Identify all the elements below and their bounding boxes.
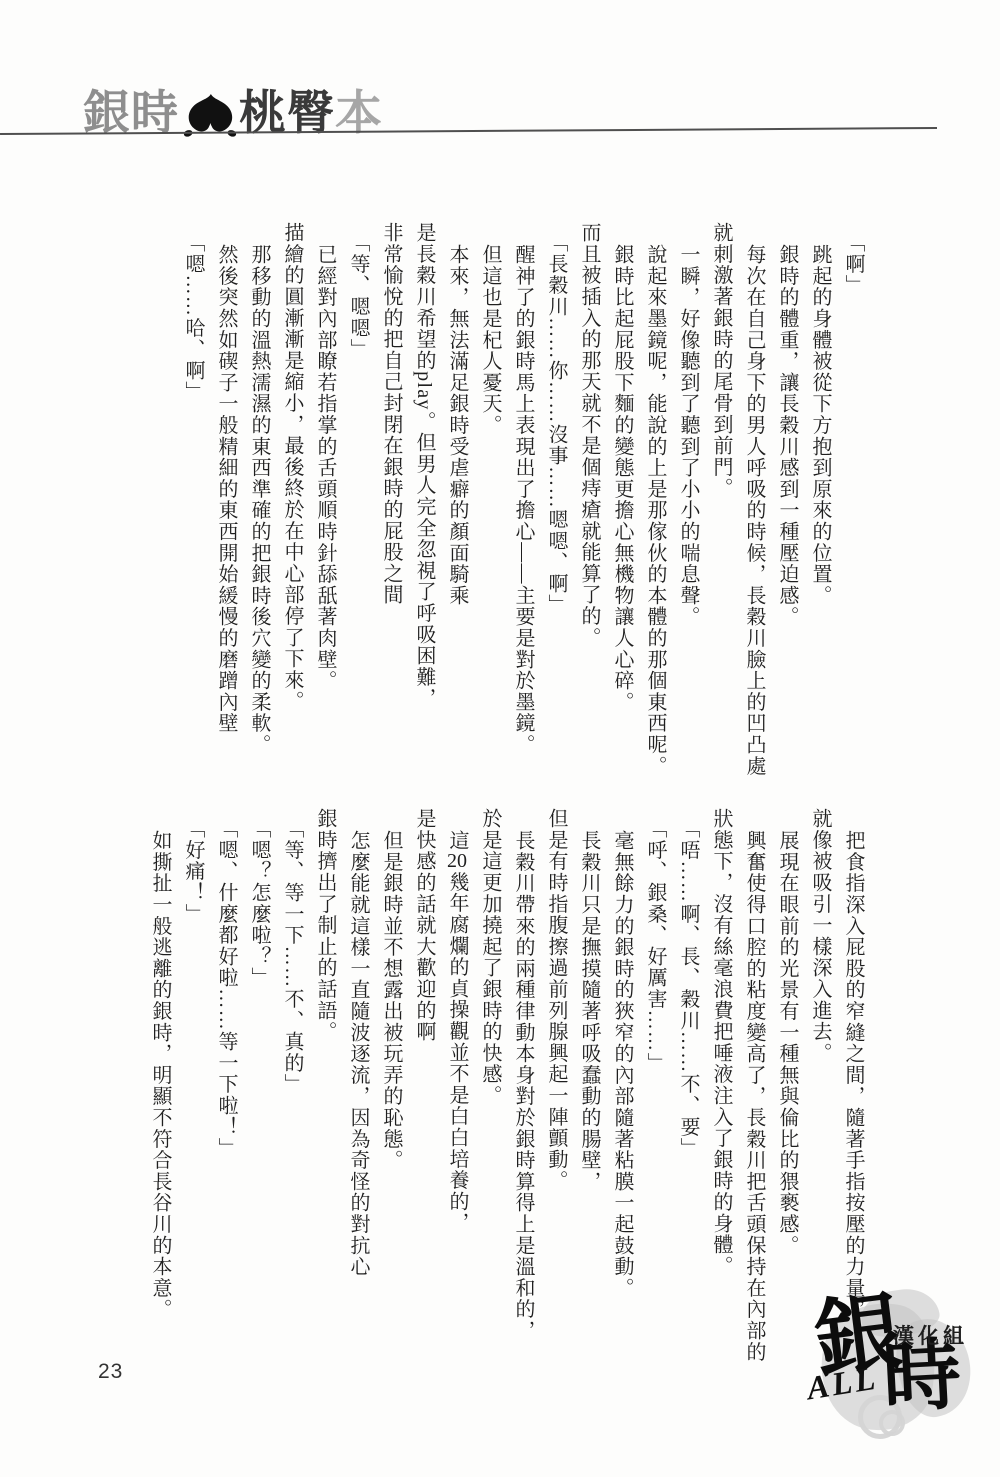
text-line: 「好痛！」	[176, 808, 209, 1353]
text-line: 「唔……啊、長、穀川……不、要」	[671, 808, 704, 1353]
text-line: 每次在自己身下的男人呼吸的時候，長穀川臉上的凹凸處	[737, 222, 770, 757]
text-line: 「等、嗯嗯」	[341, 222, 374, 757]
text-line: 興奮使得口腔的粘度變高了，長穀川把舌頭保持在內部的	[737, 808, 770, 1353]
text-line: 狀態下，沒有絲毫浪費把唾液注入了銀時的身體。	[704, 808, 737, 1353]
header-title-gintoki: 銀時	[83, 89, 179, 136]
text-line: 把食指深入屁股的窄縫之間，隨著手指按壓的力量，	[836, 808, 869, 1353]
text-line: 於是這更加撓起了銀時的快感。	[473, 808, 506, 1353]
text-line: 「呼、銀桑、好厲害……」	[638, 808, 671, 1353]
text-line: 這20幾年腐爛的貞操觀並不是白白培養的，	[440, 808, 473, 1353]
text-line: 是快感的話就大歡迎的啊	[407, 808, 440, 1353]
text-line: 就像被吸引一樣深入進去。	[803, 808, 836, 1353]
text-line: 「嗯……哈、啊」	[176, 222, 209, 757]
text-line: 銀時擠出了制止的話語。	[308, 808, 341, 1353]
text-line: 「長穀川……你……沒事……嗯嗯、啊」	[539, 222, 572, 757]
text-line: 醒神了的銀時馬上表現出了擔心——主要是對於墨鏡。	[506, 222, 539, 757]
text-line: 長穀川帶來的兩種律動本身對於銀時算得上是溫和的，	[506, 808, 539, 1353]
text-line: 是長穀川希望的play。但男人完全忽視了呼吸困難，	[407, 222, 440, 757]
page-header: 銀時 桃臀 本	[83, 84, 383, 136]
text-line: 「啊」	[836, 222, 869, 757]
text-line: 怎麼能就這樣一直隨波逐流，因為奇怪的對抗心	[341, 808, 374, 1353]
text-segment: 這	[446, 830, 468, 851]
text-line: 跳起的身體被從下方抱到原來的位置。	[803, 222, 836, 757]
text-line: 已經對內部瞭若指掌的舌頭順時針舔舐著肉壁。	[308, 222, 341, 757]
story-text-bottom-block: 把食指深入屁股的窄縫之間，隨著手指按壓的力量，就像被吸引一樣深入進去。展現在眼前…	[143, 808, 869, 1353]
header-title-bon: 本	[335, 89, 383, 136]
text-line: 那移動的溫熱濡濕的東西準確的把銀時後穴變的柔軟。	[242, 222, 275, 757]
novel-page: 銀時 桃臀 本 「啊」跳起的身體被從下方抱到原來的位置。銀時的體重，讓長穀川感到…	[0, 0, 1000, 1477]
text-line: 非常愉悅的把自己封閉在銀時的屁股之間	[374, 222, 407, 757]
text-line: 描繪的圓漸漸是縮小，最後終於在中心部停了下來。	[275, 222, 308, 757]
text-line: 「嗯、什麼都好啦……等一下啦！」	[209, 808, 242, 1353]
logo-group-name: 漢化組	[893, 1320, 968, 1350]
text-line: 本來，無法滿足銀時受虐癖的顏面騎乘	[440, 222, 473, 757]
story-text-top-block: 「啊」跳起的身體被從下方抱到原來的位置。銀時的體重，讓長穀川感到一種壓迫感。每次…	[176, 222, 869, 757]
text-line: 長穀川只是撫摸隨著呼吸蠢動的腸壁，	[572, 808, 605, 1353]
tatechuyoko-number: 20	[446, 851, 468, 871]
text-line: 一瞬，好像聽到了聽到了小小的喘息聲。	[671, 222, 704, 757]
page-number: 23	[98, 1360, 123, 1384]
text-line: 銀時比起屁股下麵的變態更擔心無機物讓人心碎。	[605, 222, 638, 757]
text-line: 如撕扯一般逃離的銀時，明顯不符合長谷川的本意。	[143, 808, 176, 1353]
text-line: 「嗯？怎麼啦？」	[242, 808, 275, 1353]
text-line: 展現在眼前的光景有一種無與倫比的猥褻感。	[770, 808, 803, 1353]
text-line: 然後突然如碶子一般精細的東西開始緩慢的磨蹭內壁	[209, 222, 242, 757]
scanlation-group-logo: 銀 時 ALL 漢化組	[803, 1290, 993, 1460]
text-line: 銀時的體重，讓長穀川感到一種壓迫感。	[770, 222, 803, 757]
text-line: 說起來墨鏡呢，能說的上是那傢伙的本體的那個東西呢。	[638, 222, 671, 757]
text-line: 毫無餘力的銀時的狹窄的內部隨著粘膜一起鼓動。	[605, 808, 638, 1353]
text-line: 「等、等一下……不、真的」	[275, 808, 308, 1353]
text-line: 但是銀時並不想露出被玩弄的恥態。	[374, 808, 407, 1353]
text-line: 但是有時指腹擦過前列腺興起一陣顫動。	[539, 808, 572, 1353]
text-line: 而且被插入的那天就不是個痔瘡就能算了的。	[572, 222, 605, 757]
text-line: 就刺激著銀時的尾骨到前門。	[704, 222, 737, 757]
text-line: 但這也是杞人憂天。	[473, 222, 506, 757]
text-segment: 幾年腐爛的貞操觀並不是白白培養的，	[446, 871, 468, 1233]
header-title-momojiri: 桃臀	[239, 89, 335, 136]
